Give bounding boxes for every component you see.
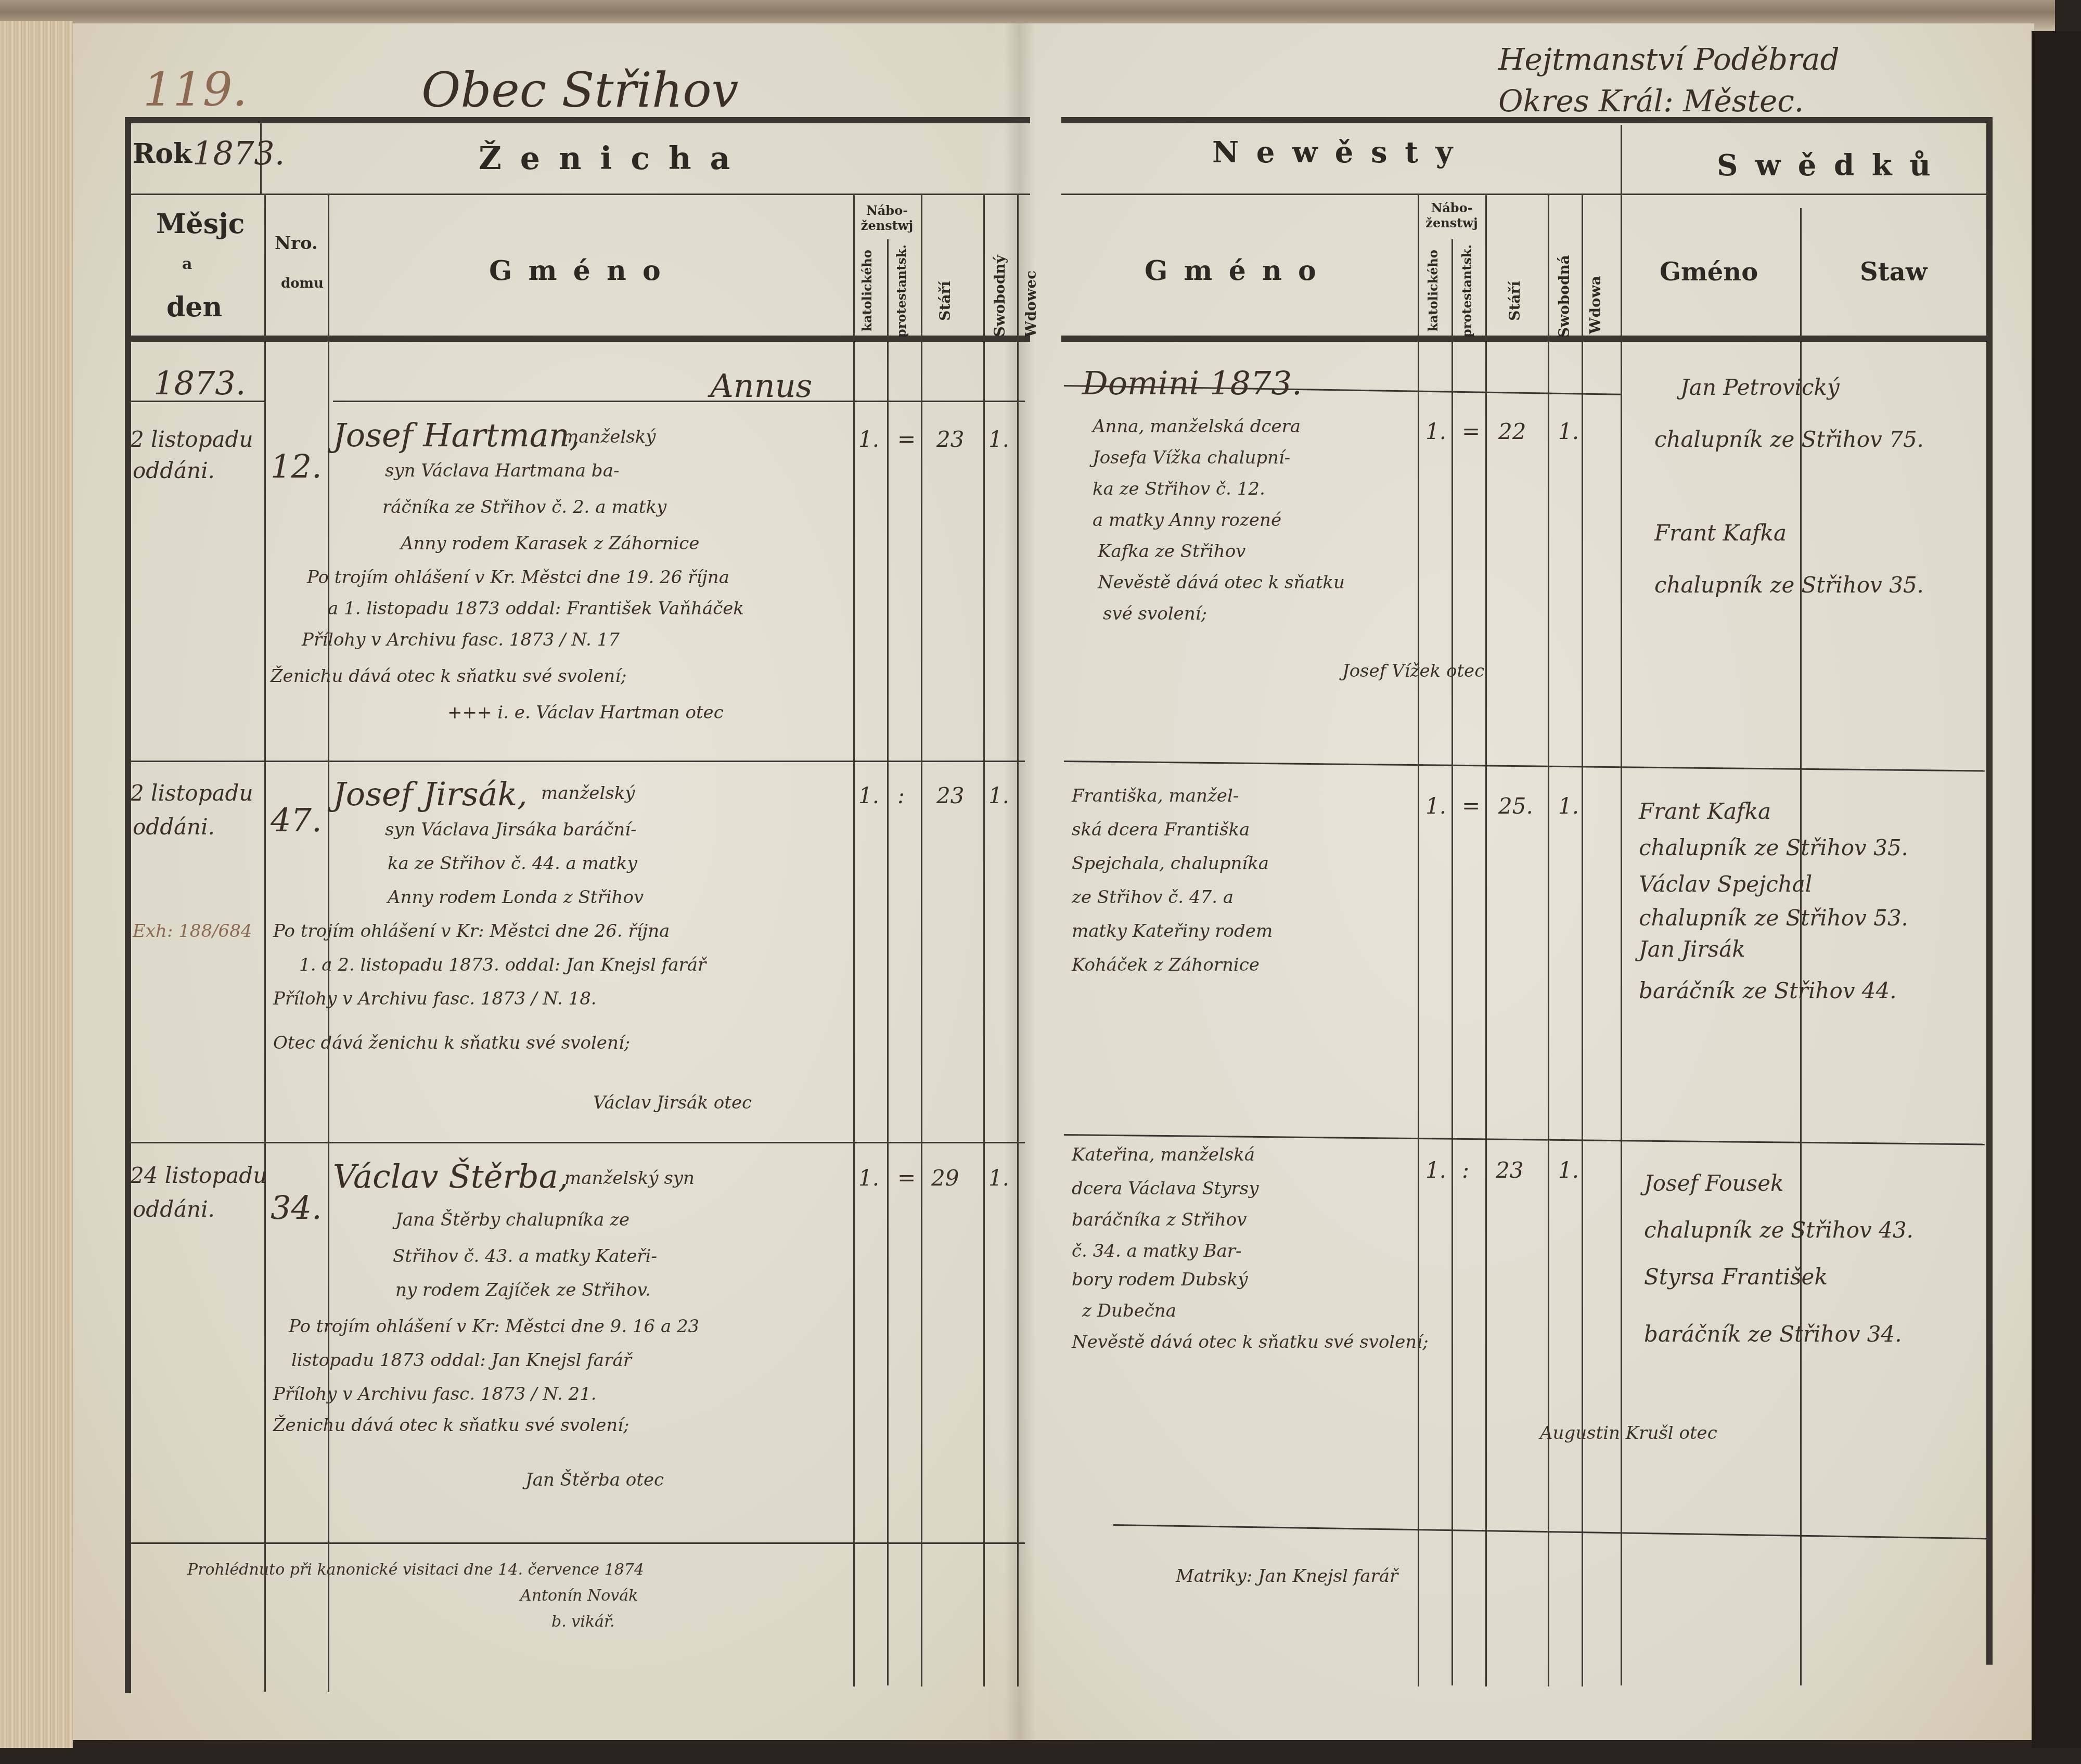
entry3-bride-age: 23: [1496, 1157, 1523, 1183]
entry1-date: 2 listopadu: [130, 427, 253, 452]
groom-catholic-heading: katolického: [859, 250, 875, 331]
entry1-witness1-name: Jan Petrovický: [1680, 375, 1840, 400]
day-heading: den: [166, 291, 222, 323]
entry3-bride-protestant: :: [1462, 1157, 1469, 1183]
entry3-groom-line: Po trojím ohlášení v Kr: Městci dne 9. 1…: [289, 1316, 699, 1337]
groom-widower-heading: Wdowec: [1022, 271, 1039, 338]
col-name-divider: [853, 194, 855, 1686]
entry3-house-no: 34.: [271, 1189, 322, 1227]
entry3-date: 24 listopadu: [130, 1163, 267, 1188]
entry2-groom-line: Přílohy v Archivu fasc. 1873 / N. 18.: [273, 988, 597, 1009]
entry2-groom-name: Josef Jirsák,: [333, 775, 528, 813]
entry3-groom-line: Ženichu dává otec k sňatku své svolení;: [273, 1415, 630, 1436]
entry2-bride-line: ze Střihov č. 47. a: [1072, 887, 1234, 908]
entry2-house-no: 47.: [271, 801, 322, 839]
visitation-note: Prohlédnuto při kanonické visitaci dne 1…: [187, 1561, 644, 1579]
right-header-line1: Hejtmanství Poděbrad: [1498, 42, 1840, 77]
entry2-bride-protestant: =: [1462, 793, 1480, 819]
entry1-groom-line: Anny rodem Karasek z Záhornice: [401, 533, 699, 554]
entry3-witness2-status: baráčník ze Střihov 34.: [1644, 1321, 1902, 1347]
visitation-title: b. vikář.: [551, 1613, 614, 1631]
entry1-groom-line: syn Václava Hartmana ba-: [385, 460, 619, 481]
entry2-separator-left: [130, 1142, 1025, 1143]
right-border: [1986, 117, 1993, 1665]
visitation-signature: Antonín Novák: [520, 1587, 638, 1605]
entry3-groom-catholic: 1.: [858, 1165, 879, 1191]
left-year: 1873.: [153, 364, 246, 402]
left-border: [125, 117, 131, 1693]
groom-age-heading: Stáří: [936, 281, 954, 321]
entry2-groom-line: syn Václava Jirsáka baráční-: [385, 819, 637, 840]
entry1-house-no: 12.: [271, 447, 322, 485]
witnesses-heading: Swědků: [1717, 148, 1948, 183]
bride-protestant-heading: protestantsk.: [1459, 244, 1474, 338]
entry1-groom-single: 1.: [988, 427, 1009, 452]
entry2-witness2-name: Václav Spejchal: [1639, 871, 1812, 897]
entry3-witness2-name: Styrsa František: [1644, 1264, 1828, 1290]
book-right-background: [2032, 31, 2081, 1764]
entry3-groom-line: Přílohy v Archivu fasc. 1873 / N. 21.: [273, 1384, 597, 1405]
entry2-witness1-status: chalupník ze Střihov 35.: [1639, 835, 1908, 860]
entry3-bride-catholic: 1.: [1425, 1157, 1446, 1183]
entry1-groom-protestant: =: [897, 427, 916, 452]
entry3-bride-father-signature: Augustin Krušl otec: [1540, 1423, 1717, 1444]
page-number: 119.: [143, 62, 247, 117]
house-no-heading: Nro.: [275, 233, 318, 254]
bride-age-divider: [1548, 194, 1549, 1686]
entry1-bride-catholic: 1.: [1425, 419, 1446, 444]
entry2-margin-note: Exh: 188/684: [133, 921, 252, 942]
groom-heading: Ženicha: [479, 140, 749, 177]
groom-religion-heading: Nábo-ženstwj: [856, 203, 918, 233]
entry3-bride-line: dcera Václava Styrsy: [1072, 1178, 1259, 1199]
entry2-bride-age: 25.: [1498, 793, 1533, 819]
parish-priest-signature: Matriky: Jan Knejsl farář: [1176, 1566, 1398, 1587]
entry1-bride-line: své svolení;: [1103, 603, 1207, 624]
header-rule-right: [1061, 194, 1993, 195]
entry3-groom-line: manželský syn: [564, 1168, 695, 1189]
year-box-label: Rok: [133, 138, 192, 170]
entry3-groom-age: 29: [931, 1165, 959, 1191]
entry1-bride-line: ka ze Střihov č. 12.: [1093, 479, 1265, 499]
entry2-bride-line: Koháček z Záhornice: [1072, 955, 1260, 975]
entry3-groom-line: listopadu 1873 oddal: Jan Knejsl farář: [291, 1350, 632, 1371]
groom-single-heading: Swobodný: [991, 255, 1008, 337]
entry1-groom-name: Josef Hartman,: [333, 416, 580, 454]
entry1-groom-line: a 1. listopadu 1873 oddal: František Vaň…: [328, 598, 744, 619]
entry3-bride-line: z Dubečna: [1082, 1301, 1176, 1321]
entry1-groom-age: 23: [936, 427, 964, 452]
entry1-groom-line: Přílohy v Archivu fasc. 1873 / N. 17: [302, 629, 620, 650]
entry1-bride-age: 22: [1498, 419, 1526, 444]
bride-catholic-heading: katolického: [1425, 250, 1441, 331]
entry2-witness1-name: Frant Kafka: [1639, 799, 1771, 824]
entry3-witness1-name: Josef Fousek: [1644, 1170, 1783, 1196]
entry1-groom-catholic: 1.: [858, 427, 879, 452]
bride-religion-heading: Nábo-ženstwj: [1419, 200, 1484, 230]
annus-label: Annus: [710, 367, 812, 405]
entry3-bride-line: Nevěstě dává otec k sňatku své svolení;: [1072, 1332, 1429, 1353]
entry2-groom-line: Otec dává ženichu k sňatku své svolení;: [273, 1033, 630, 1053]
entry2-witness2-status: chalupník ze Střihov 53.: [1639, 905, 1908, 931]
entry3-bride-line: č. 34. a matky Bar-: [1072, 1241, 1241, 1261]
month-heading: Měsjc: [156, 208, 245, 240]
entry3-groom-name: Václav Štěrba,: [333, 1157, 568, 1195]
entry1-groom-line: Ženichu dává otec k sňatku své svolení;: [271, 666, 627, 687]
entry1-bride-single: 1.: [1558, 419, 1579, 444]
entry2-bride-line: matky Kateřiny rodem: [1072, 921, 1273, 942]
col-date-divider: [264, 194, 266, 1692]
entry2-groom-age: 23: [936, 783, 964, 808]
entry2-groom-line: Anny rodem Londa z Střihov: [388, 887, 644, 908]
entry3-groom-protestant: =: [897, 1165, 916, 1191]
entry1-separator-left: [130, 761, 1025, 762]
groom-protestant-heading: protestantsk.: [894, 244, 909, 338]
subheader-rule-right: [1061, 336, 1993, 342]
entry3-witness1-status: chalupník ze Střihov 43.: [1644, 1217, 1913, 1243]
entry1-groom-line: ráčníka ze Střihov č. 2. a matky: [382, 497, 666, 518]
entry1-bride-line: Kafka ze Střihov: [1098, 541, 1245, 562]
entry3-groom-line: Střihov č. 43. a matky Kateři-: [393, 1246, 657, 1267]
entry3-separator-left: [130, 1542, 1025, 1544]
annus-underline: [333, 401, 1025, 402]
bride-name-divider: [1418, 194, 1419, 1686]
entry3-married: oddáni.: [133, 1196, 215, 1222]
entry1-father-signature: +++ i. e. Václav Hartman otec: [447, 702, 724, 723]
entry1-witness1-status: chalupník ze Střihov 75.: [1654, 427, 1924, 452]
entry1-bride-father-signature: Josef Vížek otec: [1342, 661, 1484, 681]
domini-label: Domini 1873.: [1082, 364, 1302, 402]
col-house-divider: [328, 194, 329, 1692]
bride-widow-heading: Wdowa: [1587, 276, 1604, 334]
col-catholic-divider: [887, 239, 889, 1685]
witness-name-heading: Gméno: [1660, 257, 1758, 287]
entry3-groom-line: ny rodem Zajíček ze Střihov.: [395, 1280, 651, 1301]
bride-age-heading: Stáří: [1506, 281, 1523, 321]
entry1-bride-line: a matky Anny rozené: [1093, 510, 1281, 531]
year-box-value: 1873.: [192, 134, 285, 172]
and-heading: a: [182, 255, 192, 273]
entry3-groom-single: 1.: [988, 1165, 1009, 1191]
witness-status-heading: Staw: [1860, 257, 1927, 287]
groom-name-heading: Gméno: [489, 255, 677, 287]
entry2-bride-single: 1.: [1558, 793, 1579, 819]
entry1-witness2-status: chalupník ze Střihov 35.: [1654, 572, 1924, 598]
entry1-married: oddáni.: [133, 458, 215, 483]
col-single-divider: [1017, 194, 1019, 1686]
bride-catholic-divider: [1451, 239, 1453, 1685]
entry3-bride-single: 1.: [1558, 1157, 1579, 1183]
entry2-witness3-status: baráčník ze Střihov 44.: [1639, 978, 1897, 1003]
bride-name-heading: Gméno: [1145, 255, 1332, 287]
entry2-groom-line: 1. a 2. listopadu 1873. oddal: Jan Knejs…: [299, 955, 706, 975]
bride-single-heading: Swobodná: [1556, 255, 1573, 338]
entry2-date: 2 listopadu: [130, 780, 253, 806]
entry2-groom-catholic: 1.: [858, 783, 879, 808]
entry2-groom-line: manželský: [541, 783, 635, 804]
entry2-groom-line: Po trojím ohlášení v Kr: Městci dne 26. …: [273, 921, 670, 942]
entry3-bride-line: Kateřina, manželská: [1072, 1144, 1255, 1165]
entry2-bride-line: ská dcera Františka: [1072, 819, 1250, 840]
bride-heading: Newěsty: [1212, 135, 1470, 170]
bride-protestant-divider: [1485, 194, 1487, 1686]
entry2-groom-single: 1.: [988, 783, 1009, 808]
bottom-background: [0, 1748, 2081, 1764]
year-underline: [130, 401, 265, 402]
entry2-married: oddáni.: [133, 814, 215, 840]
entry3-bride-line: baráčníka z Střihov: [1072, 1209, 1247, 1230]
entry1-bride-protestant: =: [1462, 419, 1480, 444]
entry1-bride-line: Josefa Vížka chalupní-: [1093, 447, 1290, 468]
entry3-groom-line: Jana Štěrby chalupníka ze: [395, 1209, 630, 1230]
entry1-bride-line: Anna, manželská dcera: [1093, 416, 1301, 437]
entry1-bride-line: Nevěstě dává otec k sňatku: [1098, 572, 1345, 593]
left-page-header: Obec Střihov: [421, 62, 739, 118]
col-age-divider: [983, 194, 985, 1686]
entry1-groom-line: Po trojím ohlášení v Kr. Městci dne 19. …: [307, 567, 729, 588]
entry2-father-signature: Václav Jirsák otec: [593, 1092, 752, 1113]
witness-divider: [1621, 125, 1622, 1685]
left-page-edges: [0, 21, 73, 1758]
house-domu-heading: domu: [281, 276, 324, 291]
entry1-witness2-name: Frant Kafka: [1654, 520, 1787, 546]
bride-single-divider: [1582, 194, 1583, 1686]
top-rule-right: [1061, 117, 1993, 123]
entry2-bride-line: Františka, manžel-: [1072, 786, 1239, 806]
entry2-groom-protestant: :: [897, 783, 905, 808]
entry2-bride-catholic: 1.: [1425, 793, 1446, 819]
entry2-groom-line: ka ze Střihov č. 44. a matky: [388, 853, 637, 874]
entry3-bride-line: bory rodem Dubský: [1072, 1269, 1248, 1290]
entry1-groom-line: manželský: [562, 427, 656, 447]
entry3-father-signature: Jan Štěrba otec: [525, 1470, 664, 1490]
entry2-bride-line: Spejchala, chalupníka: [1072, 853, 1269, 874]
right-header-line2: Okres Král: Městec.: [1498, 83, 1804, 119]
entry2-witness3-name: Jan Jirsák: [1639, 936, 1745, 962]
col-protestant-divider: [921, 194, 922, 1686]
